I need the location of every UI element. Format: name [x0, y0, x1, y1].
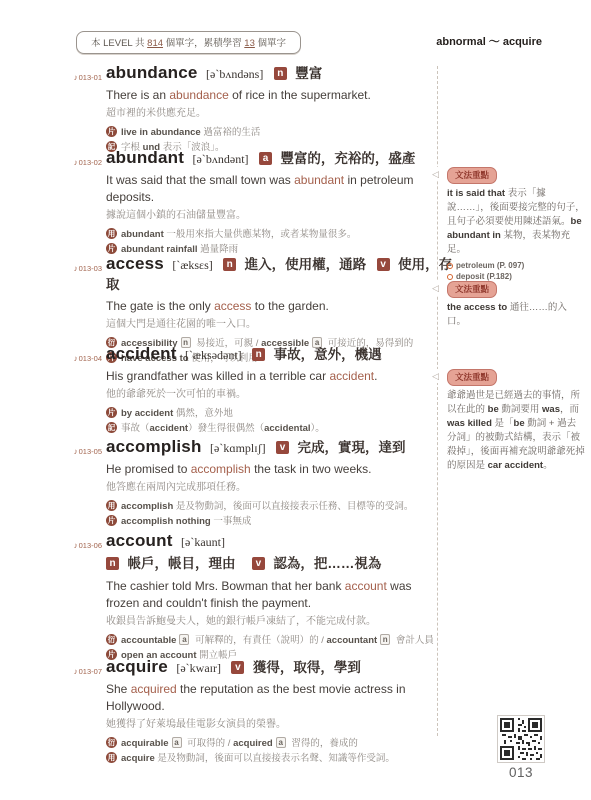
headword: accident	[106, 344, 177, 363]
cross-ref-icon	[447, 263, 453, 269]
cross-reference: petroleum (P. 097)	[447, 260, 585, 271]
note-line: 衍accountablea 可解釋的，有責任（說明）的 / accountant…	[106, 633, 460, 648]
qr-code-image	[500, 718, 542, 760]
track-number: ♪013-02	[60, 153, 102, 173]
grammar-point-badge: 文法重點	[447, 167, 497, 184]
pos-badge: n	[106, 557, 119, 570]
pointer-triangle-icon: ◁	[432, 369, 439, 383]
pronunciation: [ə`kɑmplɪʃ]	[210, 441, 266, 455]
example-translation: 這個大門是通往花園的唯一入口。	[106, 317, 460, 332]
derived-badge-icon: 衍	[106, 634, 117, 645]
pos-badge: n	[252, 348, 265, 361]
note-line: 衍acquirablea 可取得的 / acquireda 習得的，養成的	[106, 736, 460, 751]
level-stats-box: 本 LEVEL 共 814 個單字，累積學習 13 個單字	[76, 31, 301, 54]
example-sentence: The cashier told Mrs. Bowman that her ba…	[106, 578, 460, 612]
pos-badge: v	[377, 258, 390, 271]
note-line: 片live in abundance 過富裕的生活	[106, 125, 460, 140]
usage-badge-icon: 用	[106, 228, 117, 239]
pos-badge: n	[223, 258, 236, 271]
definition: 豐富的，充裕的，盛產	[280, 151, 415, 166]
usage-badge-icon: 用	[106, 500, 117, 511]
phrase-badge-icon: 片	[106, 407, 117, 418]
phrase-badge-icon: 片	[106, 126, 117, 137]
example-sentence: There is an abundance of rice in the sup…	[106, 87, 460, 104]
audio-note-icon: ♪	[74, 73, 78, 82]
page-word-range: abnormal ～ acquire	[436, 33, 542, 49]
audio-note-icon: ♪	[74, 447, 78, 456]
example-sentence: She acquired the reputation as the best …	[106, 681, 460, 715]
grammar-point-badge: 文法重點	[447, 369, 497, 386]
qr-code	[497, 715, 545, 763]
cross-ref-icon	[447, 274, 453, 280]
pos-badge: v	[231, 661, 244, 674]
definition: 事故，意外，機遇	[274, 347, 382, 362]
pronunciation: [ə`kwaɪr]	[176, 661, 221, 675]
definition: 進入，使用權，通路	[245, 257, 367, 272]
grammar-note-text: 爺爺過世是已經過去的事情，所以在此的 be 動詞要用 was，而 was kil…	[447, 389, 585, 473]
mnemonic-badge-icon: 記	[106, 422, 117, 433]
grammar-note-text: the access to 通往……的入口。	[447, 301, 585, 329]
track-number: ♪013-06	[60, 536, 102, 556]
grammar-note: ◁ 文法重點 爺爺過世是已經過去的事情，所以在此的 be 動詞要用 was，而 …	[447, 369, 585, 473]
headword: access	[106, 254, 164, 273]
headword: acquire	[106, 657, 168, 676]
page-number: 013	[493, 765, 549, 780]
grammar-note: ◁ 文法重點 the access to 通往……的入口。	[447, 281, 585, 329]
pronunciation: [`æksədənt]	[185, 348, 242, 362]
example-sentence: He promised to accomplish the task in tw…	[106, 461, 460, 478]
note-line: 用accomplish 是及物動詞，後面可以直接接表示任務、目標等的受詞。	[106, 499, 460, 514]
entry-account: ♪013-06 account [ə`kaunt] n 帳戶，帳目，理由 v 認…	[106, 531, 460, 663]
definition: 帳戶，帳目，理由	[127, 556, 235, 571]
audio-note-icon: ♪	[74, 158, 78, 167]
track-number: ♪013-01	[60, 68, 102, 88]
example-translation: 據說這個小鎮的石油儲量豐富。	[106, 208, 460, 223]
phrase-badge-icon: 片	[106, 515, 117, 526]
pronunciation: [ə`kaunt]	[181, 535, 225, 549]
headword: abundant	[106, 148, 184, 167]
audio-note-icon: ♪	[74, 667, 78, 676]
note-line: 用acquire 是及物動詞，後面可以直接接表示名聲、知識等作受詞。	[106, 751, 460, 766]
example-sentence: It was said that the small town was abun…	[106, 172, 460, 206]
note-line: 用abundant 一般用來指大量供應某物，或者某物量很多。	[106, 227, 460, 242]
entry-acquire: ♪013-07 acquire [ə`kwaɪr] v 獲得，取得，學到 She…	[106, 657, 460, 766]
pointer-triangle-icon: ◁	[432, 281, 439, 295]
track-number: ♪013-07	[60, 662, 102, 682]
phrase-badge-icon: 片	[106, 243, 117, 254]
note-line: 片accomplish nothing 一事無成	[106, 514, 460, 529]
grammar-point-badge: 文法重點	[447, 281, 497, 298]
note-line: 片by accident 偶然，意外地	[106, 406, 460, 421]
pronunciation: [`æksɛs]	[172, 258, 212, 272]
note-line: 記事故（accident）發生得很偶然（accidental）。	[106, 421, 460, 436]
usage-badge-icon: 用	[106, 752, 117, 763]
example-sentence: The gate is the only access to the garde…	[106, 298, 460, 315]
definition: 認為，把……視為	[273, 556, 381, 571]
track-number: ♪013-04	[60, 349, 102, 369]
track-number: ♪013-05	[60, 442, 102, 462]
pos-badge: v	[276, 441, 289, 454]
pos-badge: v	[252, 557, 265, 570]
definition: 豐富	[295, 66, 322, 81]
book-page: 本 LEVEL 共 814 個單字，累積學習 13 個單字 abnormal ～…	[0, 0, 591, 800]
definition: 獲得，取得，學到	[253, 660, 361, 675]
derived-badge-icon: 衍	[106, 737, 117, 748]
pointer-triangle-icon: ◁	[432, 167, 439, 181]
audio-note-icon: ♪	[74, 541, 78, 550]
definition: 完成，實現，達到	[298, 440, 406, 455]
entry-abundant: ♪013-02 abundant [ə`bʌndənt] a 豐富的，充裕的，盛…	[106, 148, 460, 257]
track-number: ♪013-03	[60, 259, 102, 279]
entry-accomplish: ♪013-05 accomplish [ə`kɑmplɪʃ] v 完成，實現，達…	[106, 437, 460, 529]
grammar-note-text: it is said that 表示「據說……」，後面要接完整的句子，且句子必須…	[447, 187, 585, 257]
pos-badge: n	[274, 67, 287, 80]
entry-abundance: ♪013-01 abundance [ə`bʌndəns] n 豐富 There…	[106, 63, 460, 155]
entry-accident: ♪013-04 accident [`æksədənt] n 事故，意外，機遇 …	[106, 344, 460, 436]
grammar-note: ◁ 文法重點 it is said that 表示「據說……」，後面要接完整的句…	[447, 167, 585, 282]
headword: account	[106, 531, 173, 550]
audio-note-icon: ♪	[74, 354, 78, 363]
headword: accomplish	[106, 437, 202, 456]
audio-note-icon: ♪	[74, 264, 78, 273]
example-sentence: His grandfather was killed in a terrible…	[106, 368, 460, 385]
headword: abundance	[106, 63, 198, 82]
example-translation: 她獲得了好萊塢最佳電影女演員的榮譽。	[106, 717, 460, 732]
example-translation: 他答應在兩周內完成那項任務。	[106, 480, 460, 495]
pronunciation: [ə`bʌndənt]	[193, 152, 249, 166]
pos-badge: a	[259, 152, 272, 165]
pronunciation: [ə`bʌndəns]	[206, 67, 263, 81]
example-translation: 他的爺爺死於一次可怕的車禍。	[106, 387, 460, 402]
example-translation: 超市裡的米供應充足。	[106, 106, 460, 121]
example-translation: 收銀員告訴鮑曼夫人，她的銀行帳戶凍結了，不能完成付款。	[106, 614, 460, 629]
